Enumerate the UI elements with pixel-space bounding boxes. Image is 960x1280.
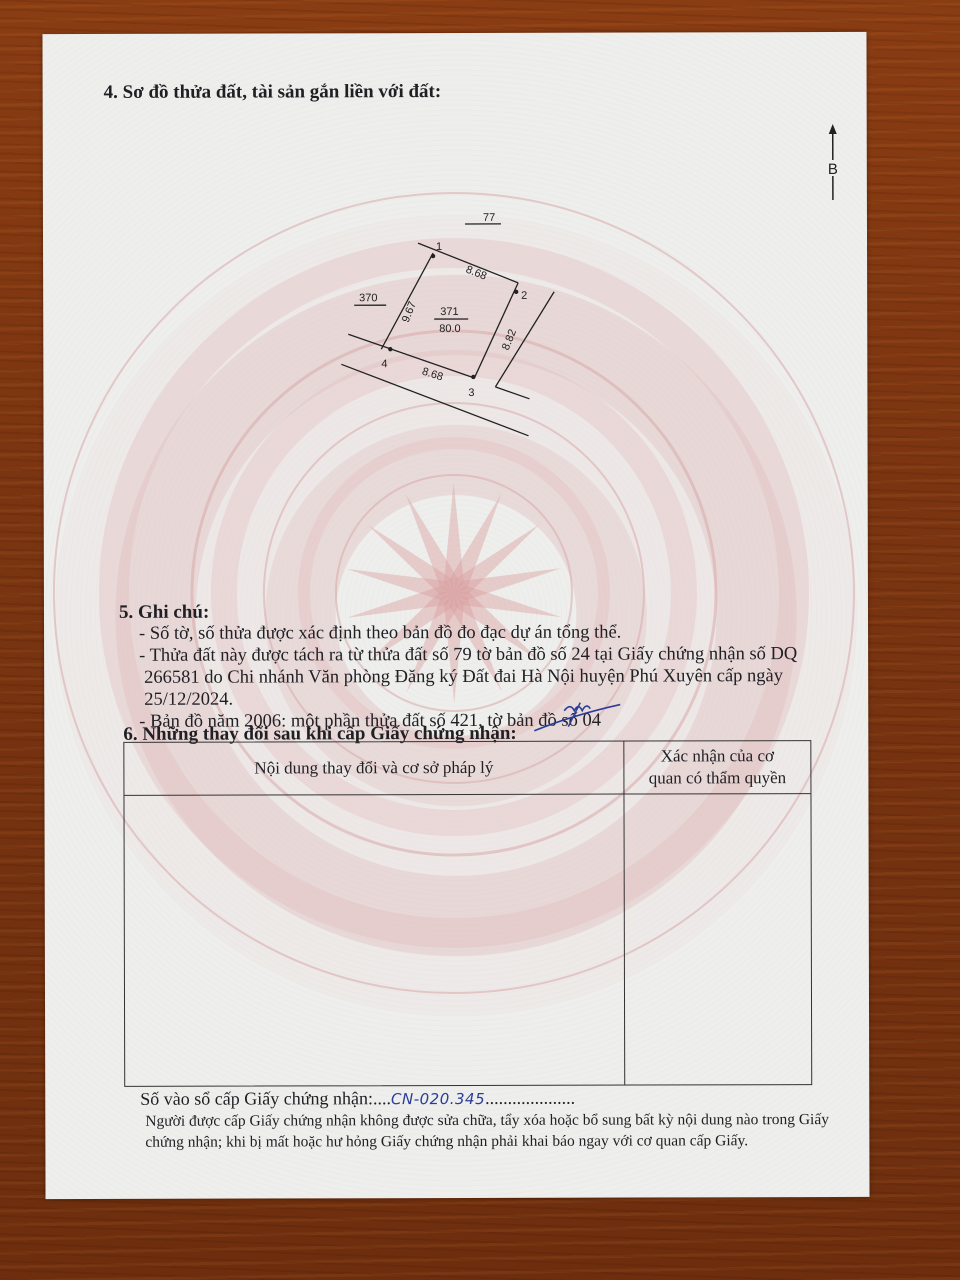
svg-text:2: 2: [521, 290, 527, 302]
note-line: - Thửa đất này được tách ra từ thửa đất …: [139, 644, 797, 667]
column-header-content: Nội dung thay đổi và cơ sở pháp lý: [124, 742, 624, 796]
section-4-title: 4. Sơ đồ thửa đất, tài sản gắn liền với …: [104, 81, 442, 104]
warning-notice: Người được cấp Giấy chứng nhận không đượ…: [145, 1109, 845, 1153]
signature-mark: [524, 693, 624, 743]
certificate-page: 4. Sơ đồ thửa đất, tài sản gắn liền với …: [42, 32, 869, 1199]
svg-text:3: 3: [468, 387, 474, 399]
registry-handwritten-value: CN-020.345: [391, 1090, 485, 1108]
edge-2-3: 8.82: [500, 328, 519, 352]
section-5-title: 5. Ghi chú:: [119, 602, 209, 624]
parcel-area: 80.0: [439, 323, 460, 335]
changes-table: Nội dung thay đổi và cơ sở pháp lý Xác n…: [123, 740, 812, 1087]
edge-3-4: 8.68: [420, 366, 444, 384]
edge-4-1: 9.67: [400, 300, 419, 324]
svg-text:B: B: [828, 161, 838, 178]
note-line: - Số tờ, số thửa được xác định theo bản …: [139, 623, 621, 645]
registry-number-line: Số vào sổ cấp Giấy chứng nhận:....CN-020…: [140, 1088, 575, 1110]
parcel-number: 371: [440, 306, 458, 318]
neighbor-370: 370: [359, 292, 377, 304]
svg-text:4: 4: [381, 358, 387, 370]
svg-text:1: 1: [436, 241, 442, 253]
empty-cell-authority: [624, 794, 811, 1084]
neighbor-77: 77: [483, 212, 495, 224]
empty-cell-content: [124, 795, 625, 1086]
note-line: 266581 do Chi nhánh Văn phòng Đăng ký Đấ…: [144, 666, 783, 689]
land-plot-diagram: 77 370 371 80.0 1 2 3 4 8.68 8.82 8.68 9…: [323, 203, 564, 444]
note-line: 25/12/2024.: [144, 690, 233, 711]
north-arrow-icon: B: [823, 122, 843, 212]
registry-label: Số vào sổ cấp Giấy chứng nhận:: [140, 1088, 373, 1109]
edge-1-2: 8.68: [464, 264, 488, 283]
column-header-authority: Xác nhận của cơ quan có thẩm quyền: [624, 741, 810, 794]
